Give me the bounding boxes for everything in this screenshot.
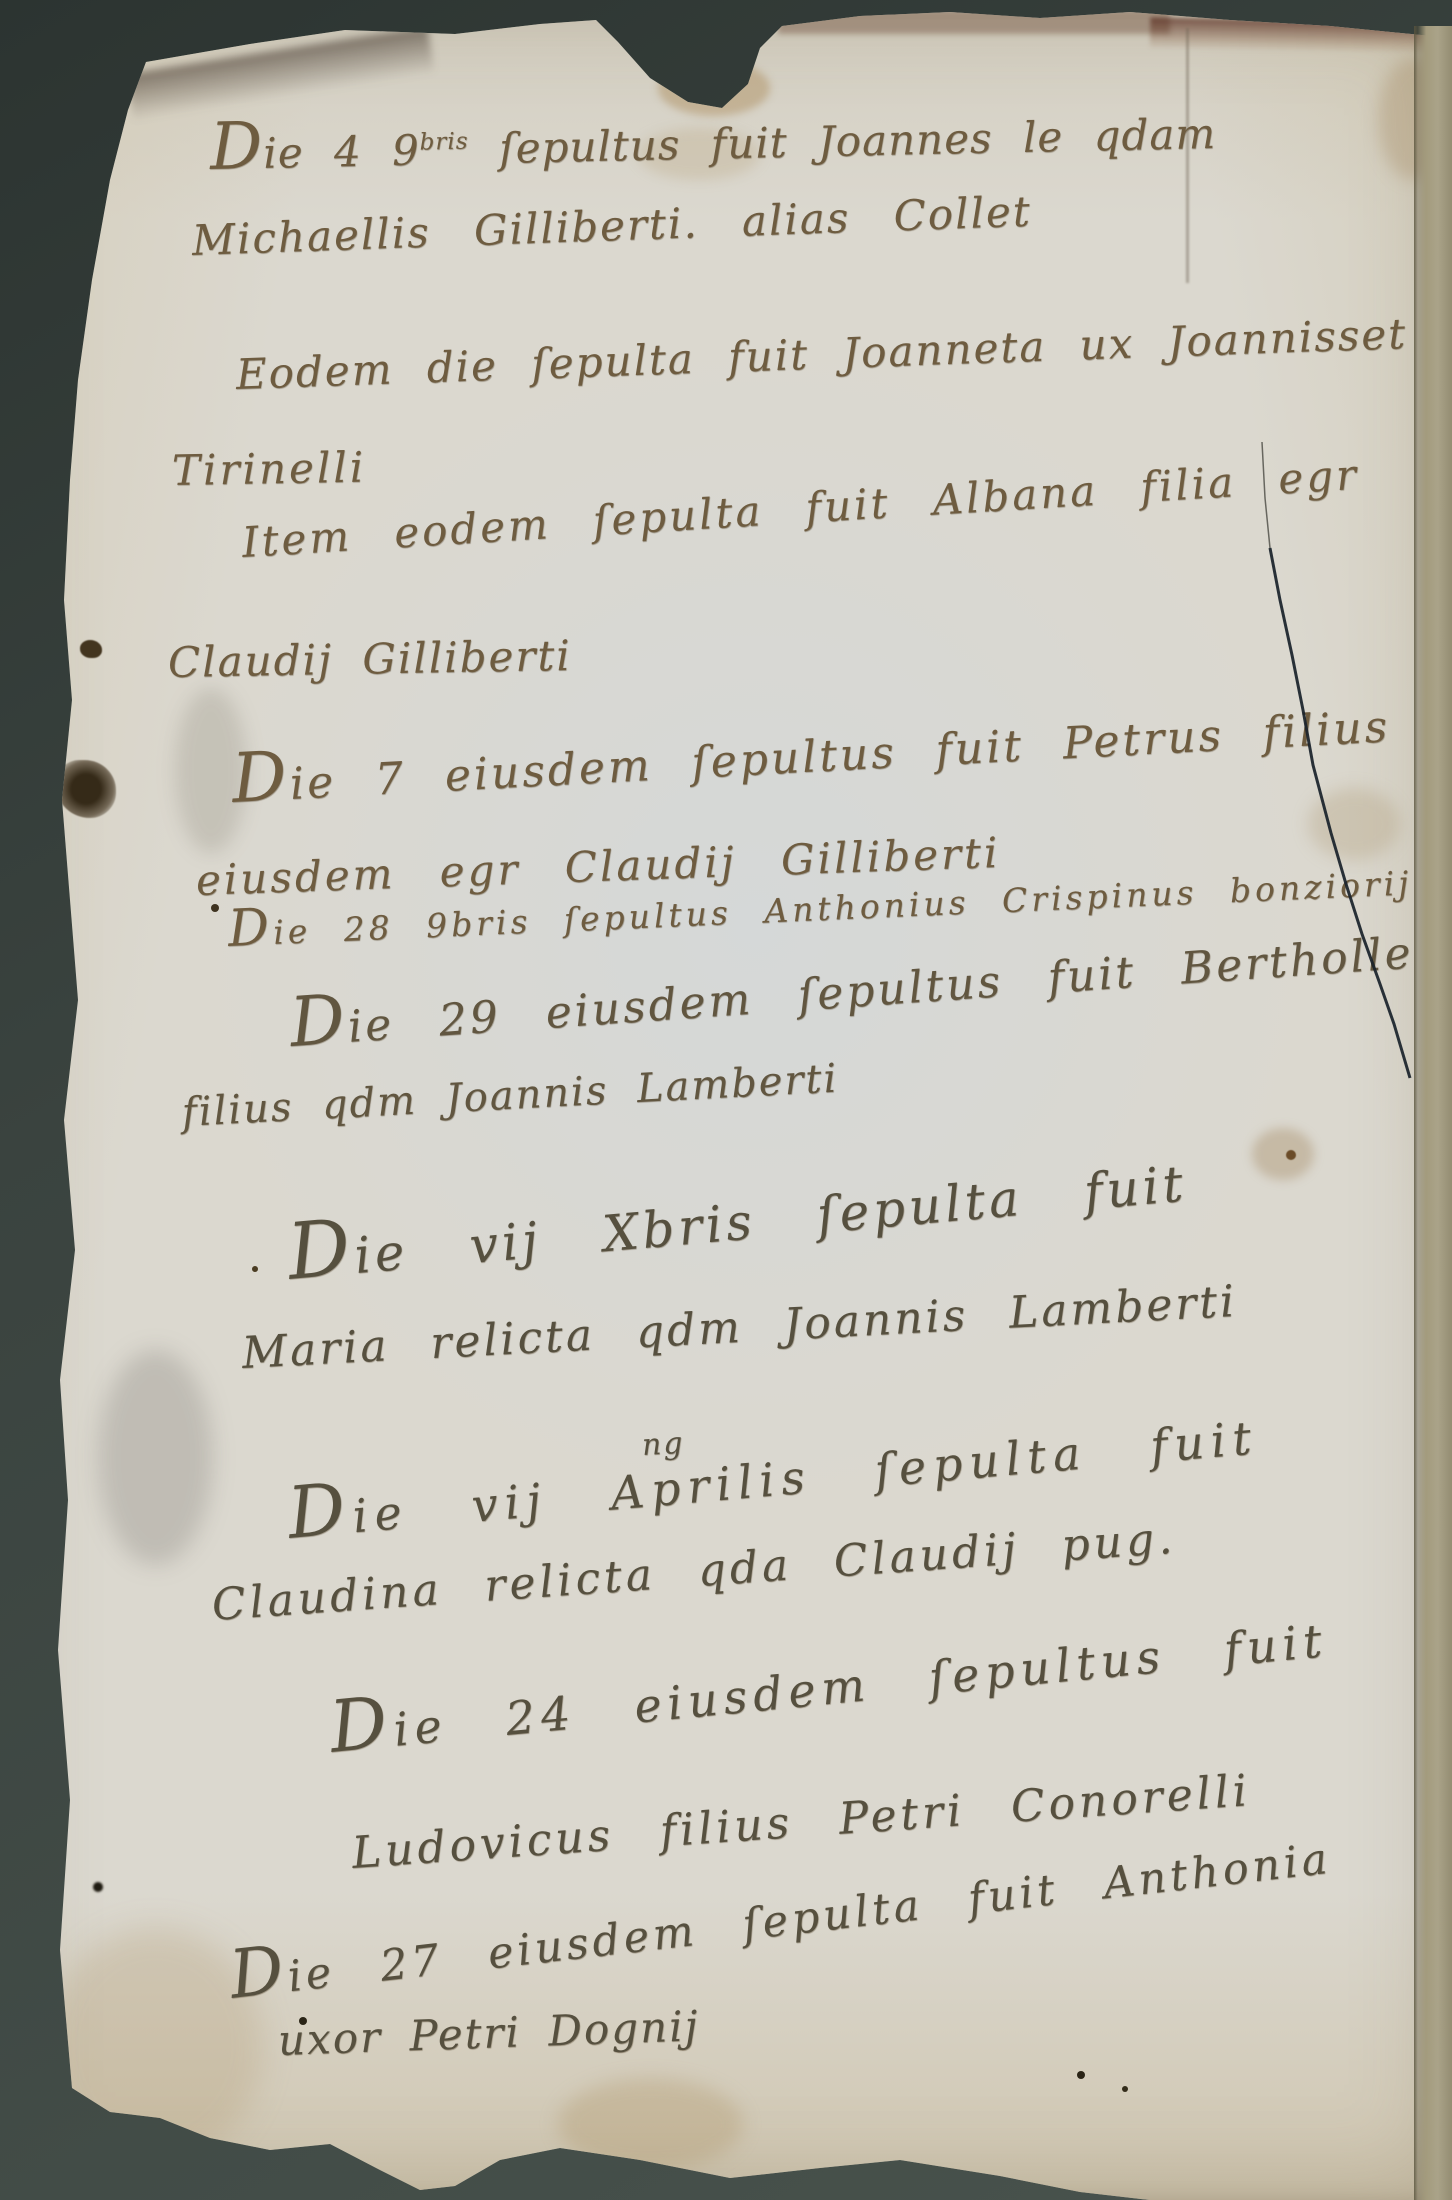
manuscript-page: Die 4 9bris ſepultus fuit Joannes le qda… <box>0 0 1452 2200</box>
paper-crack <box>0 0 1452 2200</box>
ink-specks <box>0 0 6 6</box>
adjacent-page-edge <box>1414 26 1452 2200</box>
photo-backdrop: Die 4 9bris ſepultus fuit Joannes le qda… <box>0 0 1452 2200</box>
